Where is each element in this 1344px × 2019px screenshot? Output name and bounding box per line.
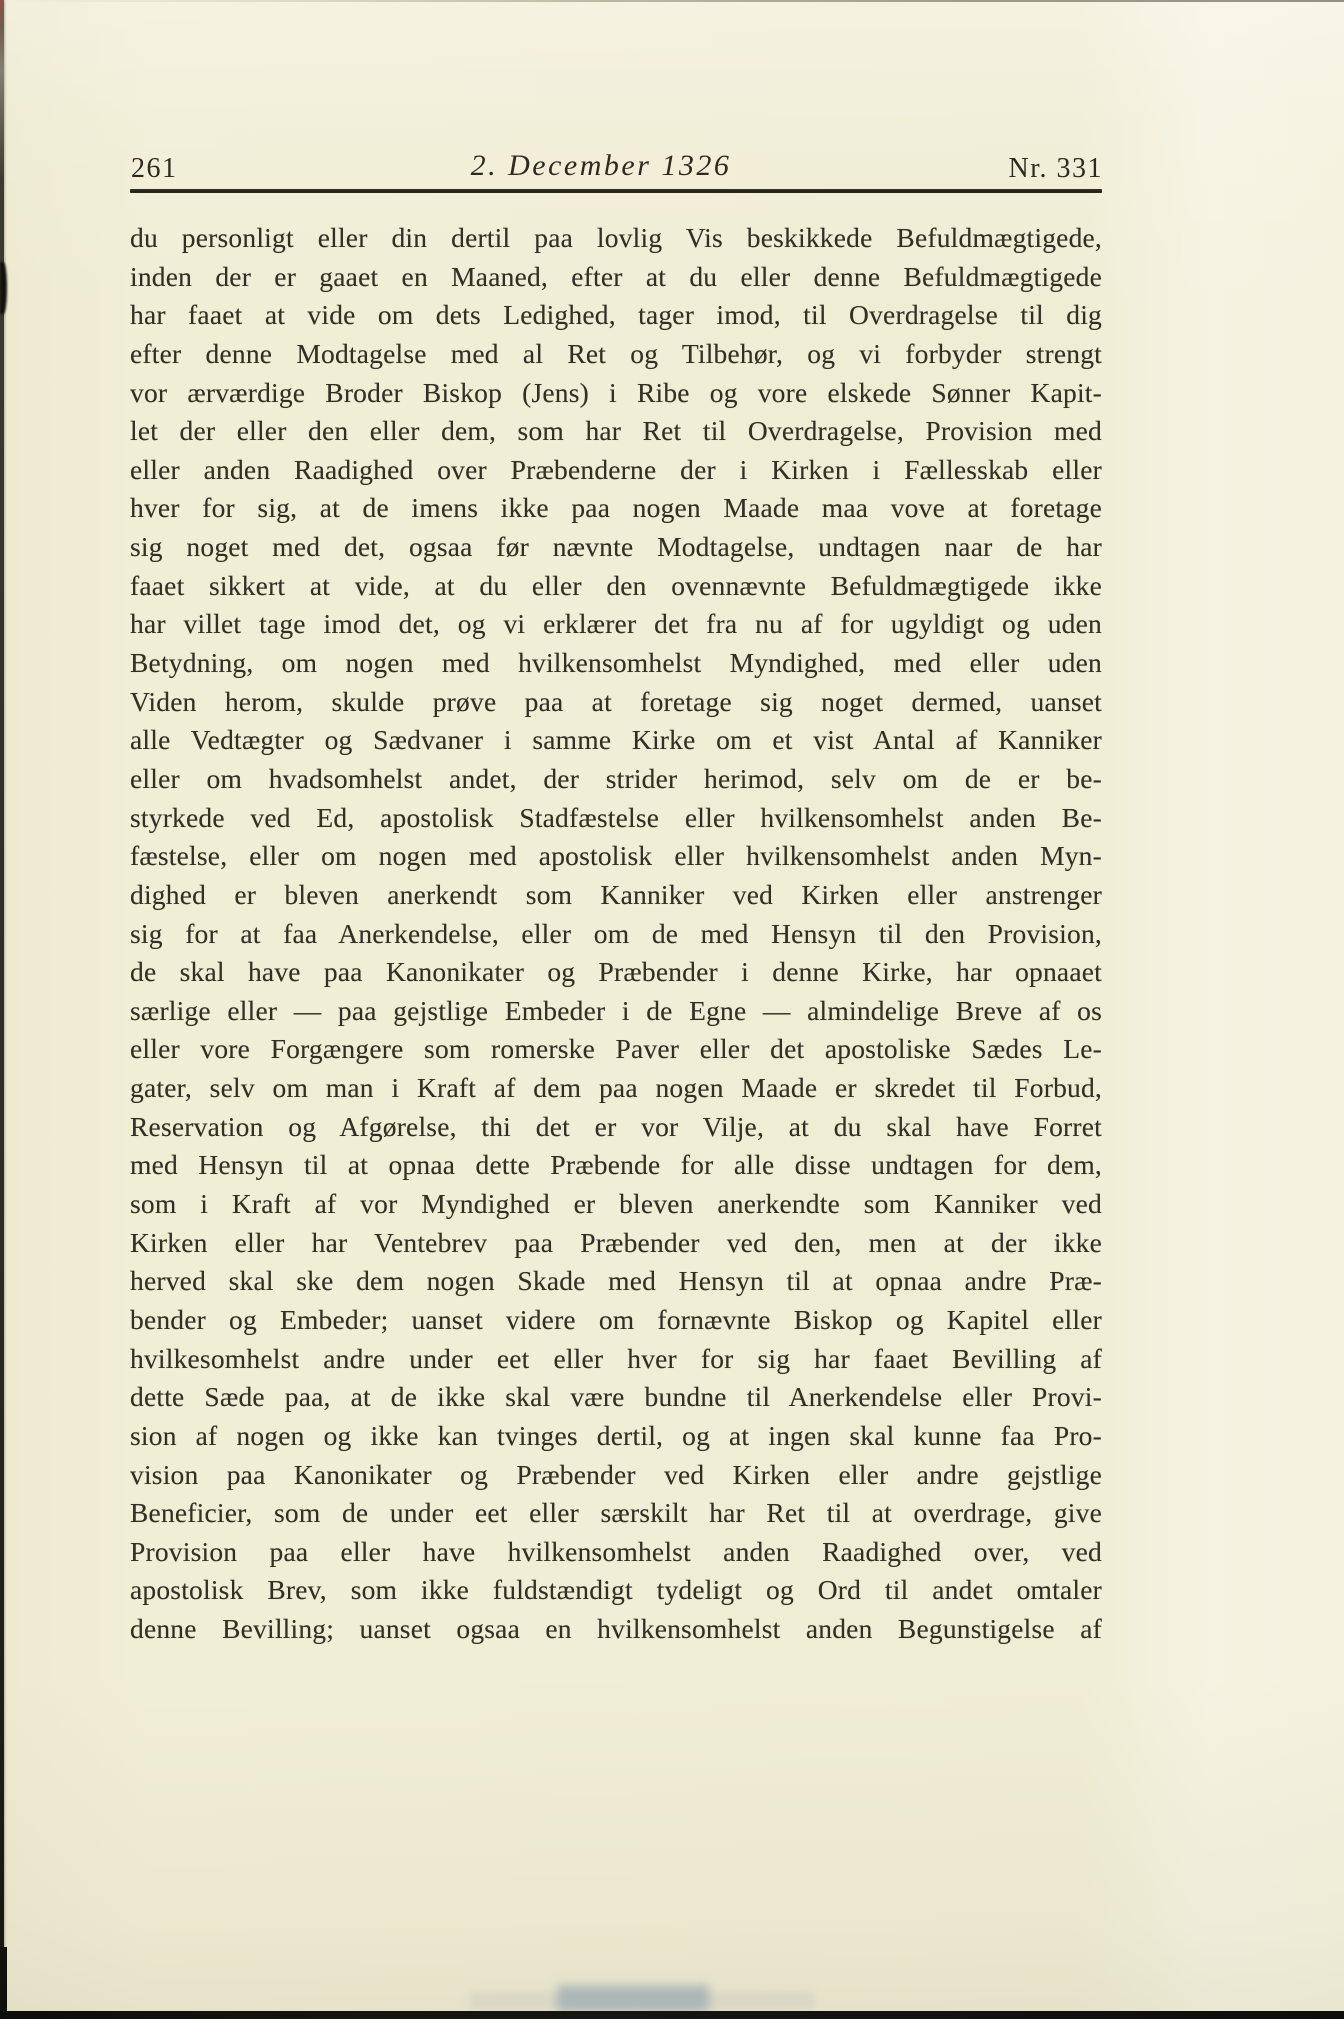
text-line: dette Sæde paa, at de ikke skal være bun… xyxy=(130,1378,1102,1417)
text-line: vision paa Kanonikater og Præbender ved … xyxy=(130,1456,1102,1495)
body-text: du personligt eller din dertil paa lovli… xyxy=(130,219,1102,1649)
text-line: som i Kraft af vor Myndighed er bleven a… xyxy=(130,1185,1102,1224)
scan-bottom-smudge-blue xyxy=(557,1985,709,2012)
text-line: du personligt eller din dertil paa lovli… xyxy=(130,219,1102,258)
document-number: Nr. 331 xyxy=(1009,153,1104,185)
text-line: bender og Embeder; uanset videre om forn… xyxy=(130,1301,1102,1340)
text-line: sion af nogen og ikke kan tvinges dertil… xyxy=(130,1417,1102,1456)
text-line: alle Vedtægter og Sædvaner i samme Kirke… xyxy=(130,721,1102,760)
text-line: Beneficier, som de under eet eller særsk… xyxy=(130,1494,1102,1533)
text-line: hver for sig, at de imens ikke paa nogen… xyxy=(130,489,1102,528)
text-line: hvilkesomhelst andre under eet eller hve… xyxy=(130,1340,1102,1379)
text-line: faaet sikkert at vide, at du eller den o… xyxy=(130,567,1102,606)
scan-edge-bottom xyxy=(0,2011,1344,2019)
text-line: dighed er bleven anerkendt som Kanniker … xyxy=(130,876,1102,915)
text-line: gater, selv om man i Kraft af dem paa no… xyxy=(130,1069,1102,1108)
text-line: har faaet at vide om dets Ledighed, tage… xyxy=(130,296,1102,335)
scan-top-edge xyxy=(0,0,1344,2)
text-line: herved skal ske dem nogen Skade med Hens… xyxy=(130,1262,1102,1301)
text-line: de skal have paa Kanonikater og Præbende… xyxy=(130,953,1102,992)
scan-left-bottom-edge xyxy=(0,1947,7,2019)
running-head-date: 2. December 1326 xyxy=(471,149,732,183)
text-line: Kirken eller har Ventebrev paa Præbender… xyxy=(130,1224,1102,1263)
text-line: Reservation og Afgørelse, thi det er vor… xyxy=(130,1108,1102,1147)
text-line: sig for at faa Anerkendelse, eller om de… xyxy=(130,915,1102,954)
text-line: Provision paa eller have hvilkensomhelst… xyxy=(130,1533,1102,1572)
page-number: 261 xyxy=(131,153,178,185)
text-line: eller anden Raadighed over Præbenderne d… xyxy=(130,451,1102,490)
header-rule xyxy=(130,189,1102,193)
text-line: denne Bevilling; uanset ogsaa en hvilken… xyxy=(130,1610,1102,1649)
scanned-book-page: 261 2. December 1326 Nr. 331 du personli… xyxy=(0,0,1344,2019)
scan-left-blotch xyxy=(0,262,7,314)
text-line: eller om hvadsomhelst andet, der strider… xyxy=(130,760,1102,799)
text-line: med Hensyn til at opnaa dette Præbende f… xyxy=(130,1146,1102,1185)
text-line: vor ærværdige Broder Biskop (Jens) i Rib… xyxy=(130,374,1102,413)
text-line: Viden herom, skulde prøve paa at foretag… xyxy=(130,683,1102,722)
text-line: efter denne Modtagelse med al Ret og Til… xyxy=(130,335,1102,374)
text-line: har villet tage imod det, og vi erklærer… xyxy=(130,605,1102,644)
text-line: særlige eller — paa gejstlige Embeder i … xyxy=(130,992,1102,1031)
text-line: apostolisk Brev, som ikke fuldstændigt t… xyxy=(130,1571,1102,1610)
text-line: fæstelse, eller om nogen med apostolisk … xyxy=(130,837,1102,876)
text-line: let der eller den eller dem, som har Ret… xyxy=(130,412,1102,451)
text-line: sig noget med det, ogsaa før nævnte Modt… xyxy=(130,528,1102,567)
text-line: styrkede ved Ed, apostolisk Stadfæstelse… xyxy=(130,799,1102,838)
text-line: inden der er gaaet en Maaned, efter at d… xyxy=(130,258,1102,297)
text-line: eller vore Forgængere som romerske Paver… xyxy=(130,1030,1102,1069)
text-line: Betydning, om nogen med hvilkensomhelst … xyxy=(130,644,1102,683)
